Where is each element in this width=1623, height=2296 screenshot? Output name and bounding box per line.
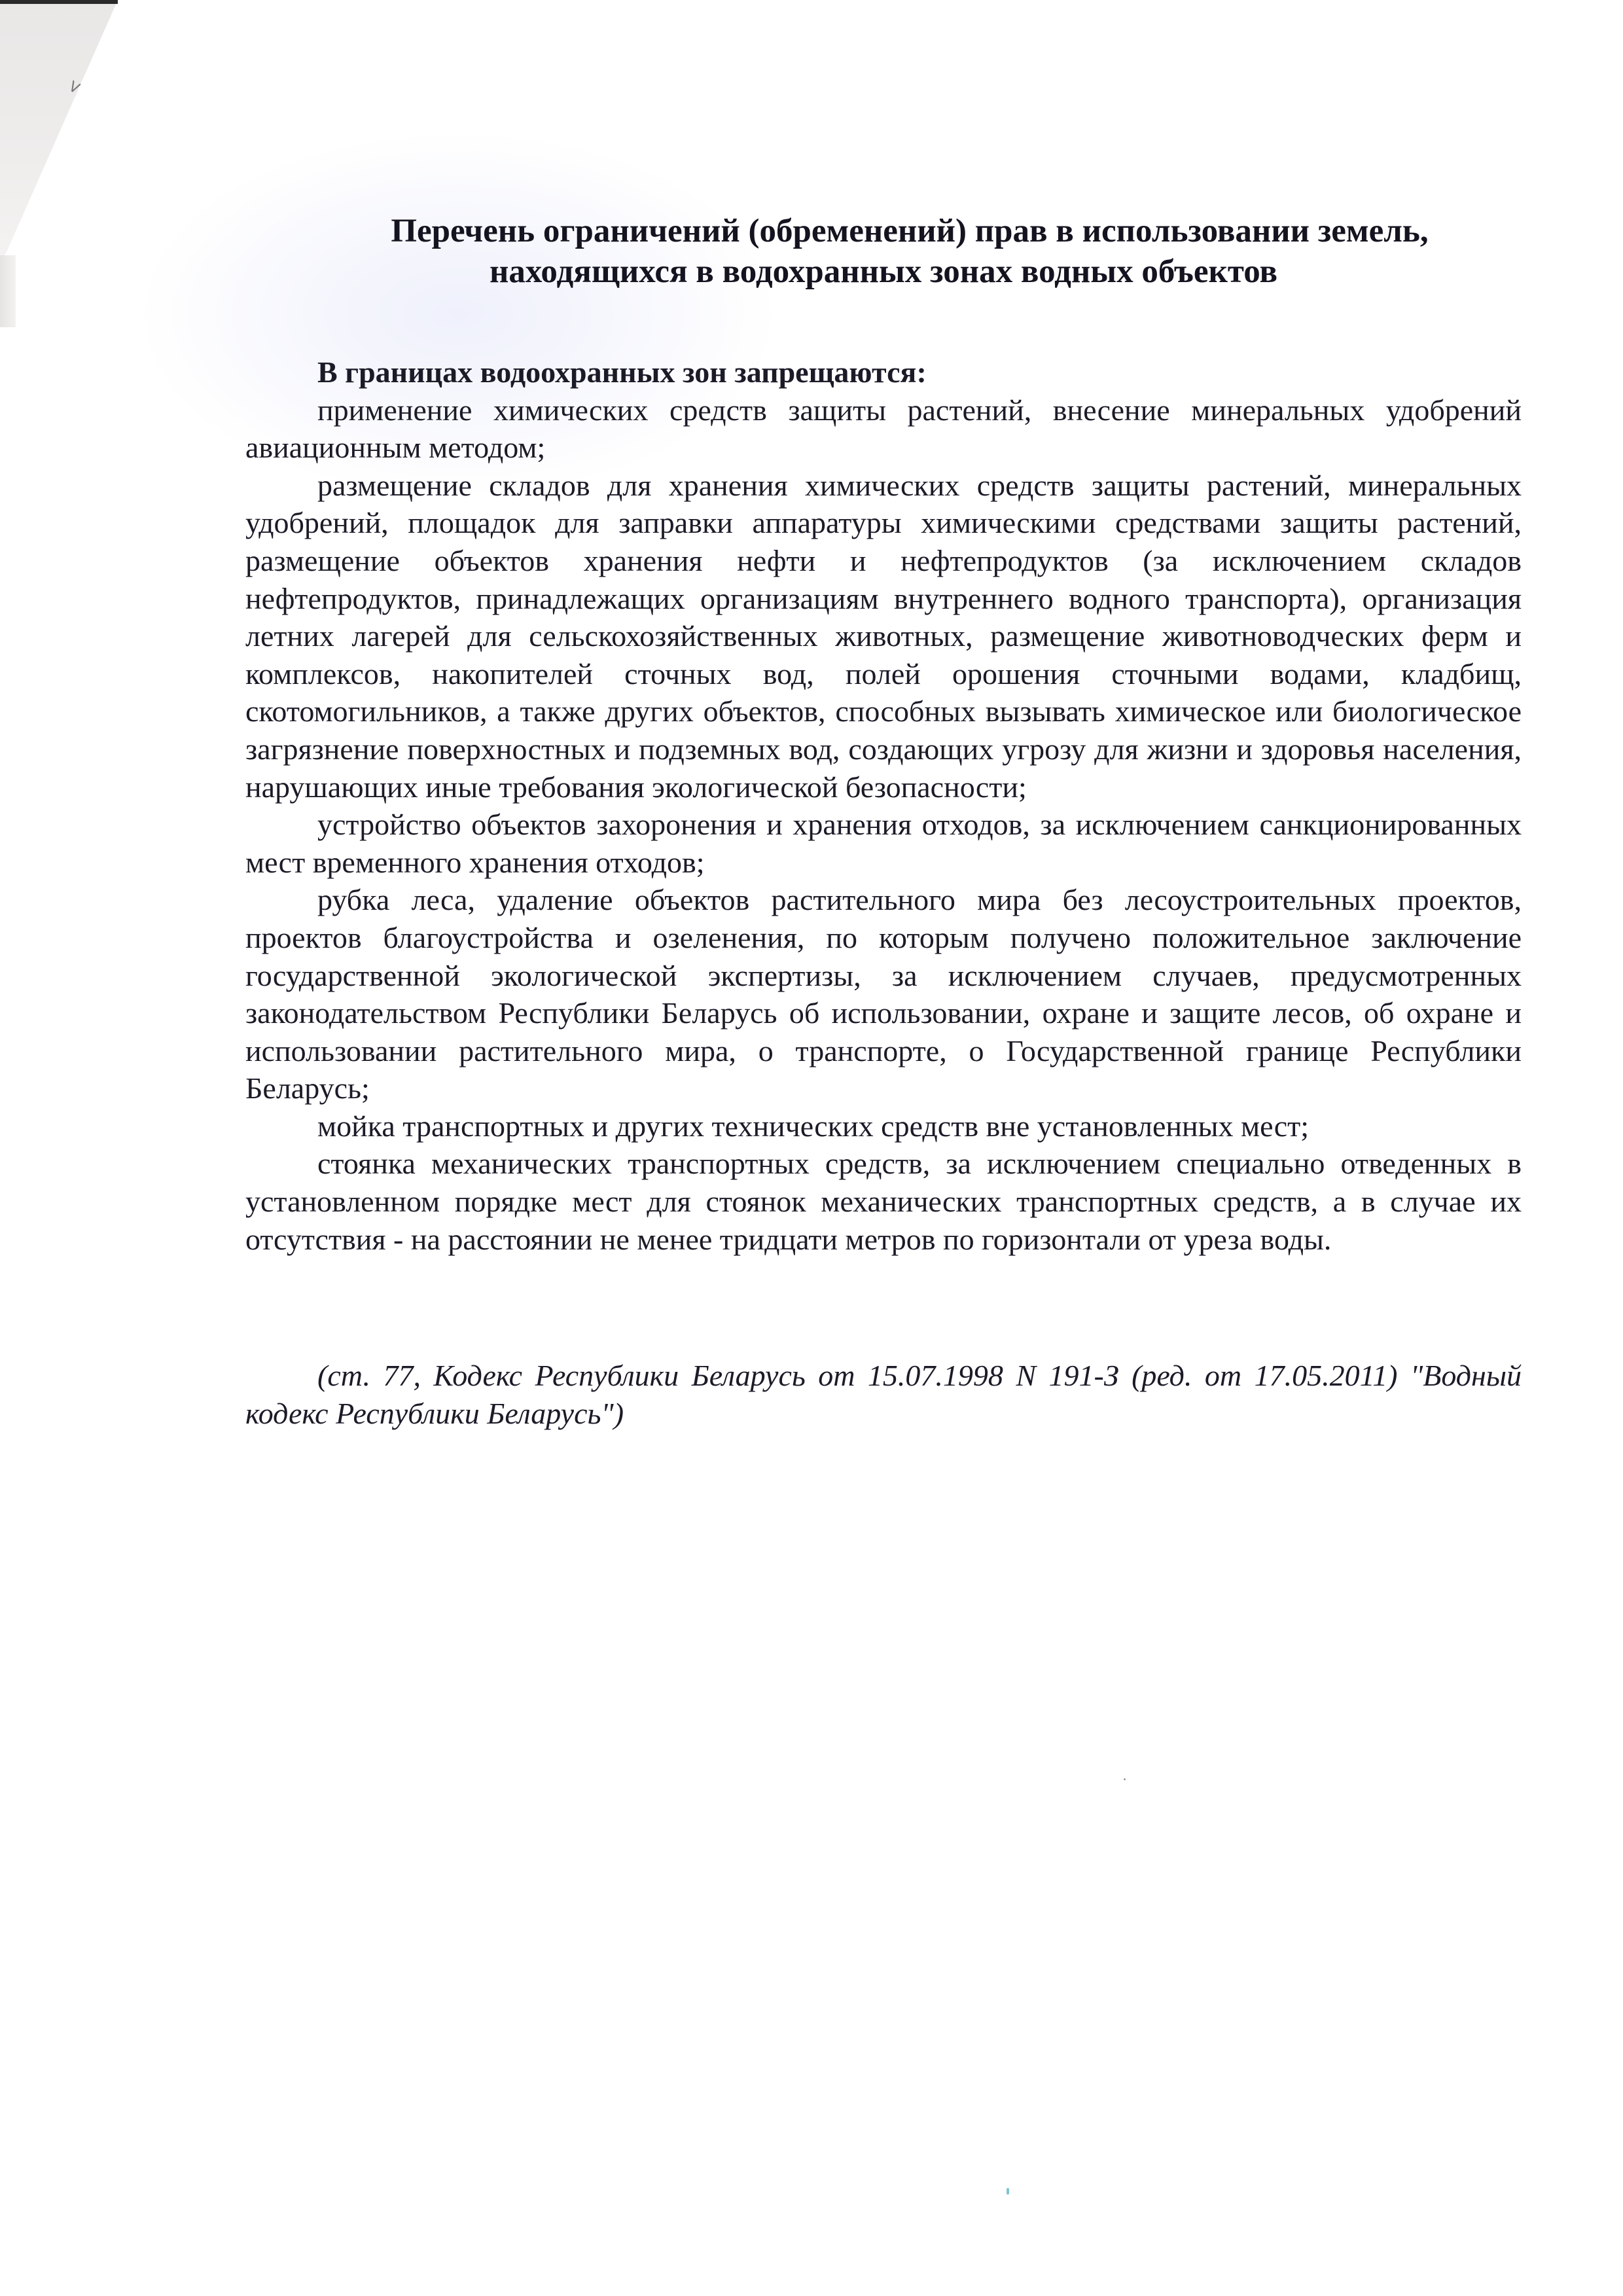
list-item: мойка транспортных и других технических … [245, 1107, 1522, 1145]
title-line-1: Перечень ограничений (обременений) прав … [245, 211, 1522, 251]
list-item: рубка леса, удаление объектов растительн… [245, 881, 1522, 1107]
list-item: устройство объектов захоронения и хранен… [245, 806, 1522, 881]
list-item: стоянка механических транспортных средст… [245, 1145, 1522, 1258]
scan-speck [1007, 2188, 1009, 2195]
restrictions-list: В границах водоохранных зон запрещаются:… [245, 353, 1522, 1258]
document-title: Перечень ограничений (обременений) прав … [245, 211, 1522, 292]
list-lead-heading: В границах водоохранных зон запрещаются: [245, 353, 1522, 391]
scanner-border [0, 0, 118, 4]
legal-citation: (ст. 77, Кодекс Республики Беларусь от 1… [245, 1357, 1522, 1432]
scan-edge-strip [0, 255, 16, 327]
list-item: применение химических средств защиты рас… [245, 391, 1522, 467]
list-item: размещение складов для хранения химическ… [245, 467, 1522, 806]
scan-speck [1124, 1778, 1126, 1780]
title-line-2: находящихся в водохранных зонах водных о… [245, 251, 1522, 292]
